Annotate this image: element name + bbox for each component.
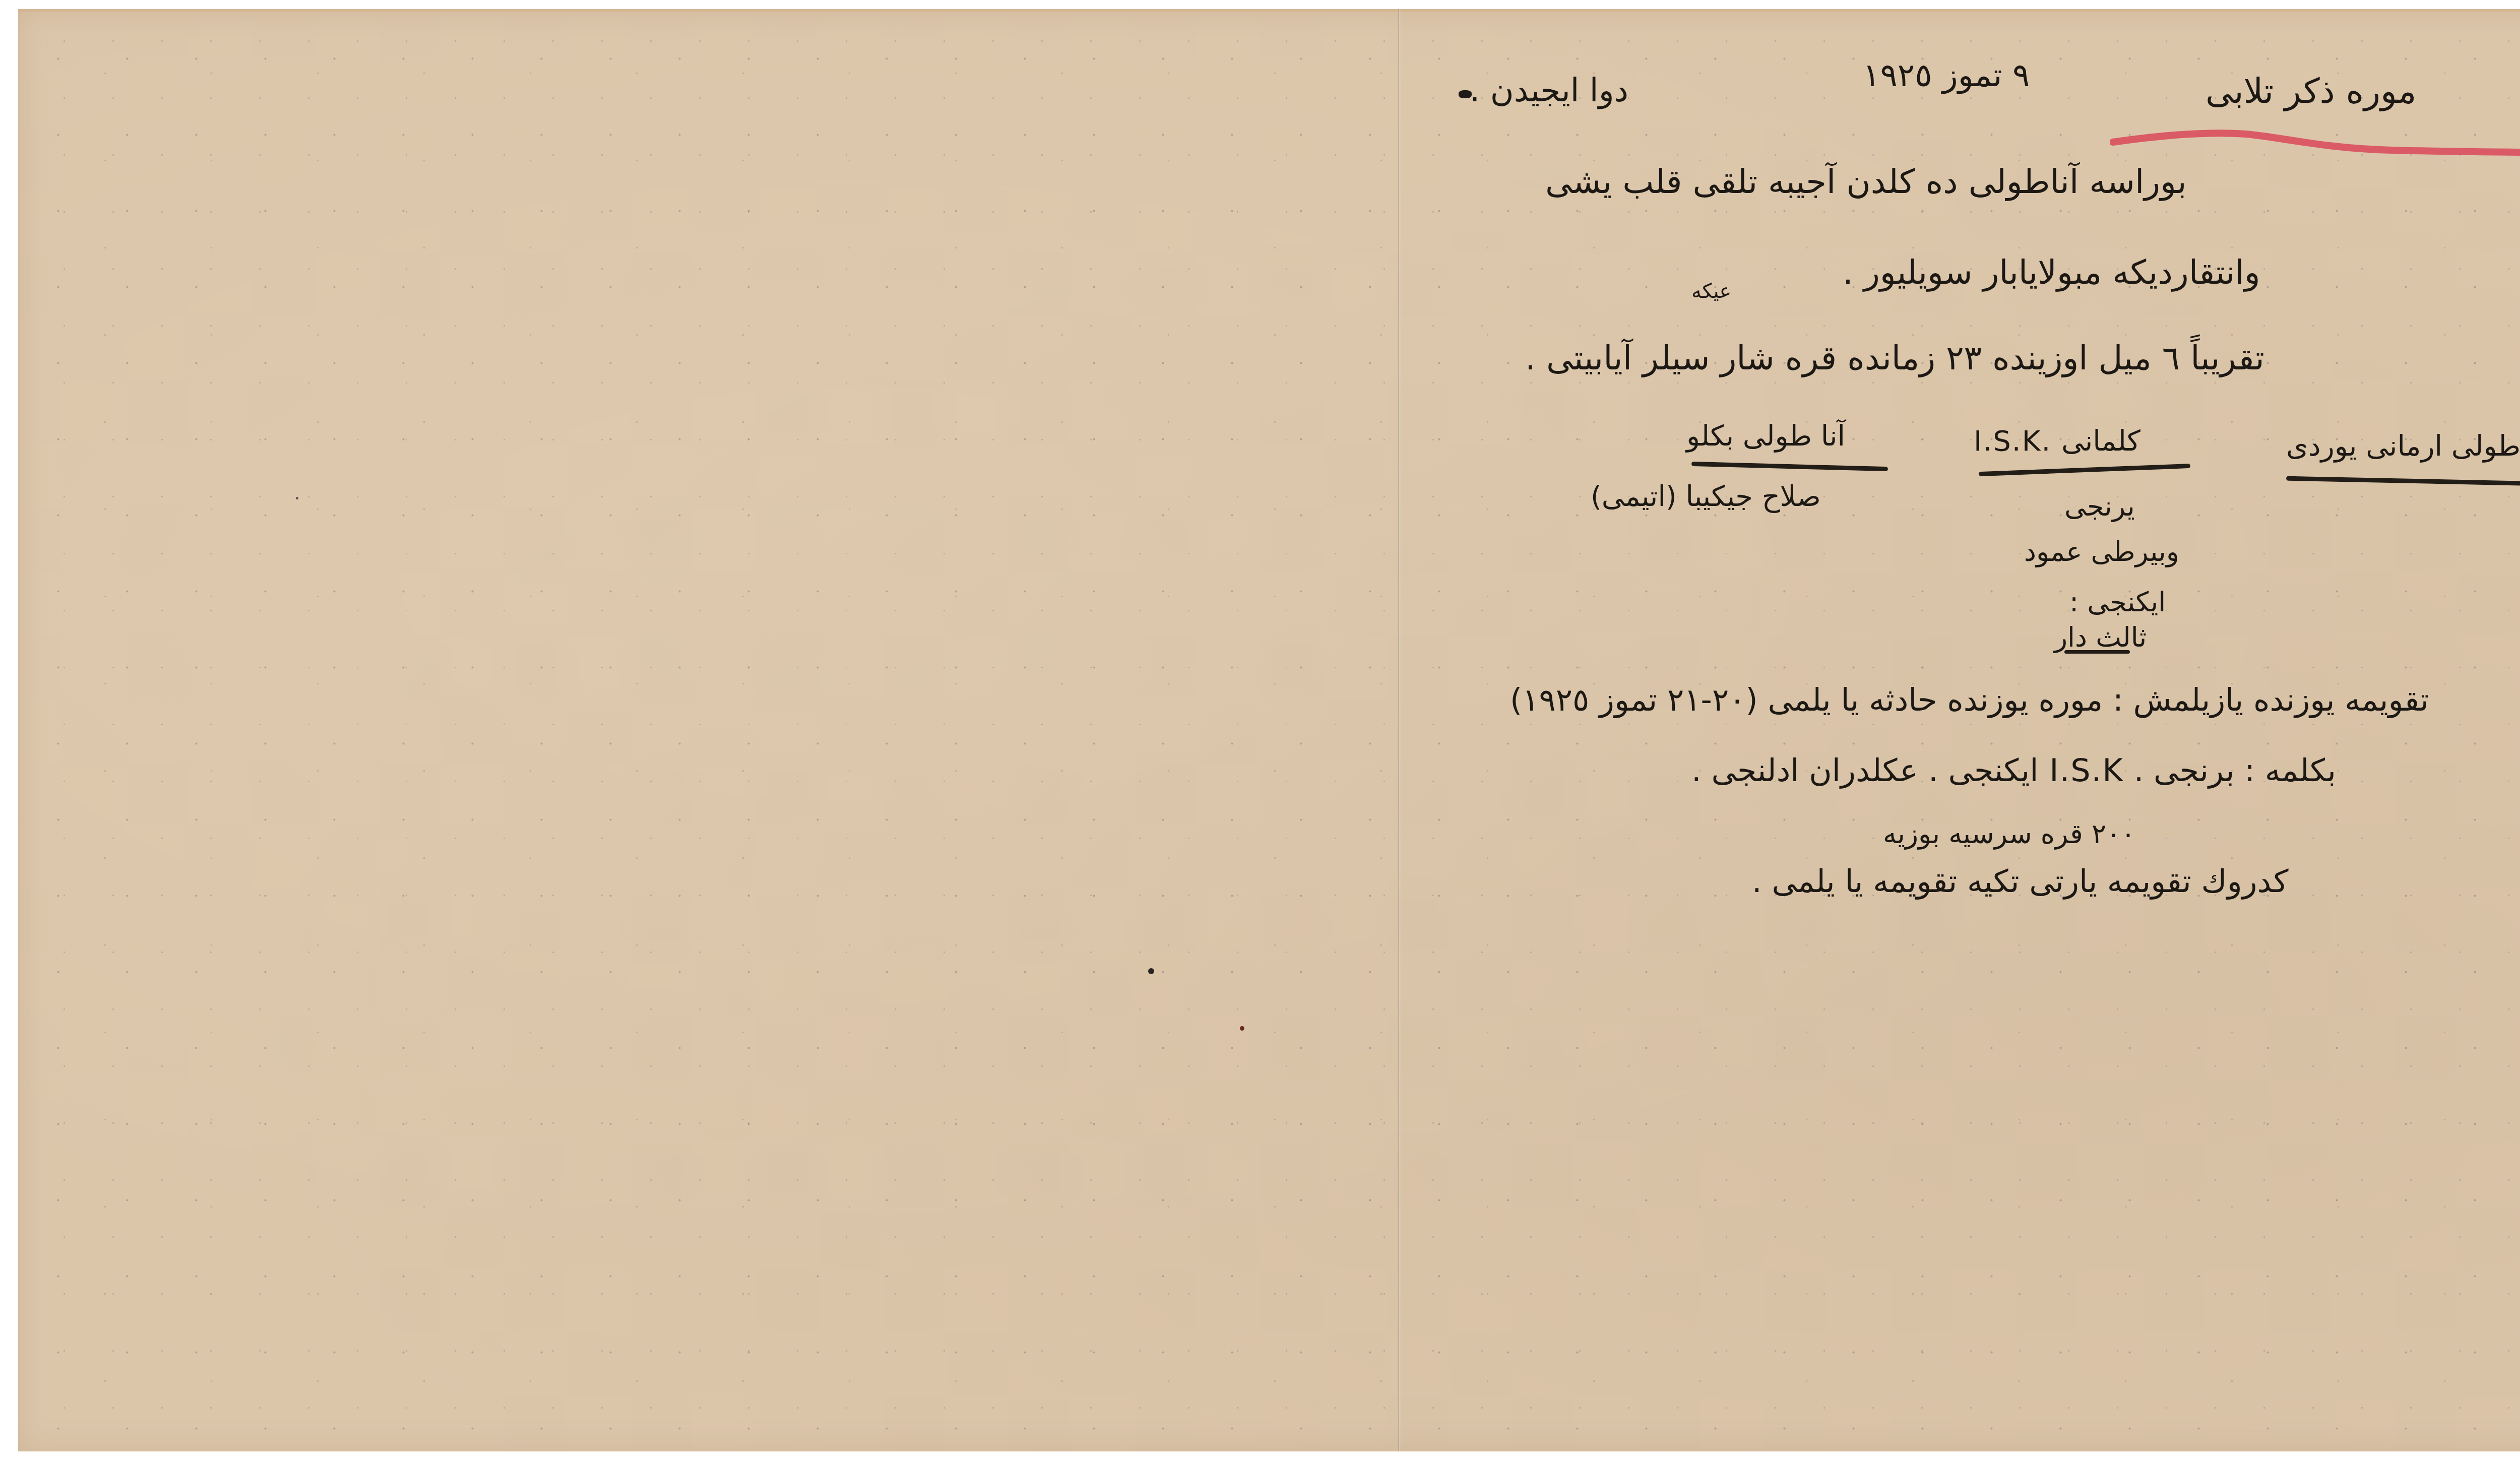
note-line-4: كدروك تقويمه يارتى تكيه تقويمه يا يلمى .: [1752, 866, 2289, 897]
body-line-3: تقريباً ٦ ميل اوزينده ٢٣ زمانده قره شار …: [1525, 342, 2264, 375]
header-tail: دوا ايجيدن .: [1470, 75, 1628, 107]
column-2-item-4: ثالث دار: [2054, 624, 2147, 651]
fold-crease: [1398, 9, 1401, 1451]
body-line-2: وانتقارديكه مبولايابار سويليور .: [1843, 256, 2260, 289]
column-2-item-1: يرنجى: [2064, 493, 2135, 520]
ink-speck: [1240, 1026, 1244, 1031]
column-heading-3: آنا طولى بكلو: [1686, 422, 1845, 451]
ink-speck: [1148, 968, 1154, 974]
red-pencil-underline: [2110, 129, 2520, 159]
left-page: [18, 9, 1398, 1451]
body-line-1: بوراسه آناطولى ده كلدن آجيبه تلقى قلب يش…: [1545, 165, 2187, 199]
column-3-item-1: صلاح جيكيبا (اتيمى): [1591, 483, 1821, 511]
column-heading-2: I.S.K. كلمانى: [1974, 427, 2140, 456]
ink-speck: [296, 497, 298, 499]
column-2-item-3: ايكنجى :: [2069, 589, 2166, 616]
letter-sheet: موره ذكر تلابى ٩ تموز ١٩٢٥ دوا ايجيدن . …: [18, 9, 2520, 1451]
header-subject: موره ذكر تلابى: [2206, 75, 2417, 109]
note-line-1: تقويمه يوزنده يازيلمش : موره يوزنده حادث…: [1510, 684, 2429, 716]
column-2-item-4-underline: [2064, 650, 2130, 654]
column-heading-1: آنا طولى ارمانى يوردى: [2286, 432, 2520, 461]
note-line-2: بكلمه : برنجى . I.S.K ايكنجى . عكلدران ا…: [1691, 755, 2336, 786]
superscript-insertion: عيكه: [1691, 281, 1731, 301]
note-line-3: ٢٠٠ قره سرسيه بوزيه: [1883, 820, 2135, 848]
column-2-item-2: وبيرطى عمود: [2024, 538, 2179, 565]
header-date: ٩ تموز ١٩٢٥: [1863, 59, 2030, 92]
